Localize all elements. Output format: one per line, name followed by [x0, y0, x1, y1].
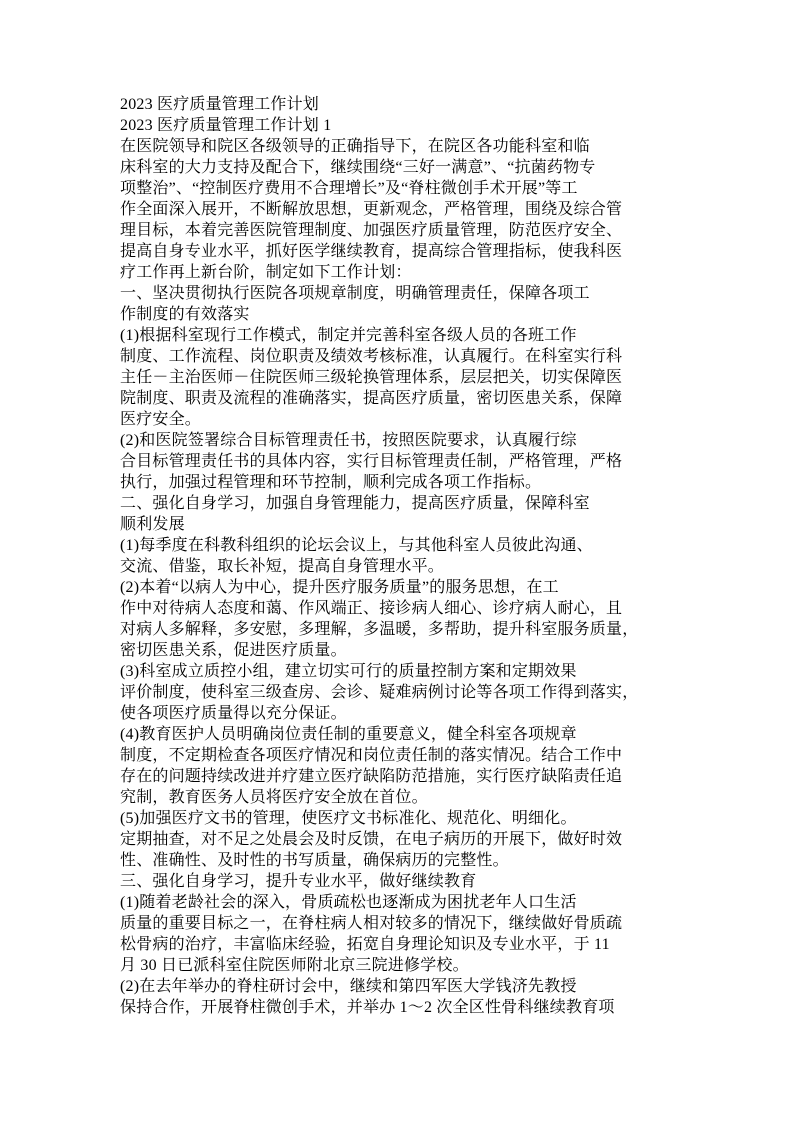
- text-line: 理目标，本着完善医院管理制度、加强医疗质量管理，防范医疗安全、: [120, 220, 720, 241]
- text-line: 作中对待病人态度和蔼、作风端正、接诊病人细心、诊疗病人耐心，且: [120, 598, 720, 619]
- section-heading-line: 二、强化自身学习，加强自身管理能力，提高医疗质量，保障科室: [120, 493, 720, 514]
- text-line: (1)根据科室现行工作模式，制定并完善科室各级人员的各班工作: [120, 325, 720, 346]
- text-line: 疗工作再上新台阶，制定如下工作计划：: [120, 262, 720, 283]
- text-line: 交流、借鉴，取长补短，提高自身管理水平。: [120, 556, 720, 577]
- text-line: 月 30 日已派科室住院医师附北京三院进修学校。: [120, 955, 720, 976]
- text-line: 使各项医疗质量得以充分保证。: [120, 703, 720, 724]
- text-line: 顺利发展: [120, 514, 720, 535]
- text-line: 床科室的大力支持及配合下，继续围绕“三好一满意”、“抗菌药物专: [120, 157, 720, 178]
- text-line: 提高自身专业水平，抓好医学继续教育，提高综合管理指标，使我科医: [120, 241, 720, 262]
- text-line: (1)每季度在科教科组织的论坛会议上，与其他科室人员彼此沟通、: [120, 535, 720, 556]
- text-line: 制度，不定期检查各项医疗情况和岗位责任制的落实情况。结合工作中: [120, 745, 720, 766]
- text-line: (5)加强医疗文书的管理，使医疗文书标准化、规范化、明细化。: [120, 808, 720, 829]
- text-line: 在医院领导和院区各级领导的正确指导下，在院区各功能科室和临: [120, 136, 720, 157]
- text-line: 松骨病的治疗，丰富临床经验，拓宽自身理论知识及专业水平，于 11: [120, 934, 720, 955]
- text-line: (2)和医院签署综合目标管理责任书，按照医院要求，认真履行综: [120, 430, 720, 451]
- text-line: 性、准确性、及时性的书写质量，确保病历的完整性。: [120, 850, 720, 871]
- text-line: (4)教育医护人员明确岗位责任制的重要意义，健全科室各项规章: [120, 724, 720, 745]
- text-line: 制度、工作流程、岗位职责及绩效考核标准，认真履行。在科室实行科: [120, 346, 720, 367]
- text-line: 存在的问题持续改进并疗建立医疗缺陷防范措施，实行医疗缺陷责任追: [120, 766, 720, 787]
- document-body: 2023 医疗质量管理工作计划 2023 医疗质量管理工作计划 1 在医院领导和…: [120, 94, 720, 1018]
- text-line: 院制度、职责及流程的准确落实，提高医疗质量，密切医患关系，保障: [120, 388, 720, 409]
- document-page: 2023 医疗质量管理工作计划 2023 医疗质量管理工作计划 1 在医院领导和…: [0, 0, 793, 1122]
- text-line: (1)随着老龄社会的深入，骨质疏松也逐渐成为困扰老年人口生活: [120, 892, 720, 913]
- text-line: 质量的重要目标之一，在脊柱病人相对较多的情况下，继续做好骨质疏: [120, 913, 720, 934]
- text-line: (2)本着“以病人为中心，提升医疗服务质量”的服务思想，在工: [120, 577, 720, 598]
- document-title-line: 2023 医疗质量管理工作计划: [120, 94, 720, 115]
- section-heading-line: 三、强化自身学习，提升专业水平，做好继续教育: [120, 871, 720, 892]
- text-line: 对病人多解释，多安慰，多理解，多温暖，多帮助，提升科室服务质量，: [120, 619, 720, 640]
- text-line: 执行，加强过程管理和环节控制，顺利完成各项工作指标。: [120, 472, 720, 493]
- section-heading-line: 一、坚决贯彻执行医院各项规章制度，明确管理责任，保障各项工: [120, 283, 720, 304]
- text-line: 作制度的有效落实: [120, 304, 720, 325]
- text-line: 主任－主治医师－住院医师三级轮换管理体系，层层把关，切实保障医: [120, 367, 720, 388]
- text-line: 定期抽查，对不足之处晨会及时反馈，在电子病历的开展下，做好时效: [120, 829, 720, 850]
- text-line: 密切医患关系，促进医疗质量。: [120, 640, 720, 661]
- text-line: 合目标管理责任书的具体内容，实行目标管理责任制，严格管理，严格: [120, 451, 720, 472]
- text-line: 作全面深入展开，不断解放思想，更新观念，严格管理，围绕及综合管: [120, 199, 720, 220]
- text-line: 究制，教育医务人员将医疗安全放在首位。: [120, 787, 720, 808]
- text-line: 保持合作，开展脊柱微创手术，并举办 1～2 次全区性骨科继续教育项: [120, 997, 720, 1018]
- text-line: (3)科室成立质控小组，建立切实可行的质量控制方案和定期效果: [120, 661, 720, 682]
- text-line: 项整治”、“控制医疗费用不合理增长”及“脊柱微创手术开展”等工: [120, 178, 720, 199]
- text-line: 评价制度，使科室三级查房、会诊、疑难病例讨论等各项工作得到落实，: [120, 682, 720, 703]
- document-subtitle-line: 2023 医疗质量管理工作计划 1: [120, 115, 720, 136]
- text-line: (2)在去年举办的脊柱研讨会中，继续和第四军医大学钱济先教授: [120, 976, 720, 997]
- text-line: 医疗安全。: [120, 409, 720, 430]
